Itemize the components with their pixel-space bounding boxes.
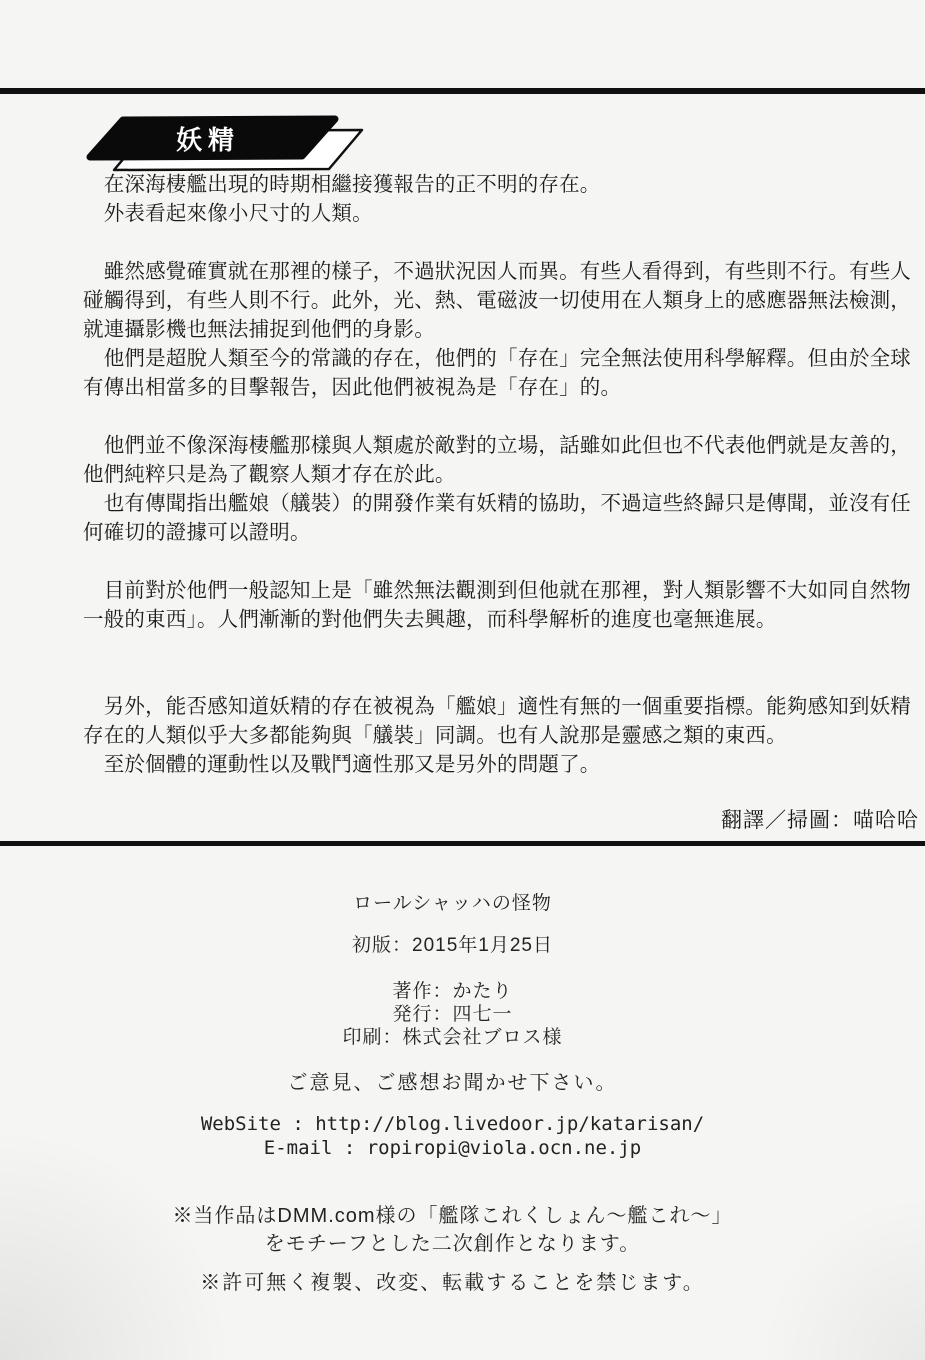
paragraph-perception: 雖然感覺確實就在那裡的樣子，不過狀況因人而異。有些人看得到，有些則不行。有些人 … [83,257,925,402]
printer-line: 印刷：株式会社ブロス様 [0,1022,905,1049]
edition-date-line: 初版：2015年1月25日 [0,930,905,957]
disclaimer-derivative-work: ※当作品はDMM.com様の「艦隊これくしょん～艦これ～」 をモチーフとした二次… [0,1202,905,1258]
website-url-text: WebSite : http://blog.livedoor.jp/katari… [0,1113,905,1135]
paragraph-intro: 在深海棲艦出現的時期相繼接獲報告的正不明的存在。 外表看起來像小尺寸的人類。 [83,170,925,228]
email-address-text: E-mail : ropiropi@viola.ocn.ne.jp [0,1137,905,1159]
paragraph-recognition: 目前對於他們一般認知上是「雖然無法觀測到但他就在那裡，對人類影響不大如同自然物 … [83,576,925,634]
booklet-title: ロールシャッハの怪物 [0,888,905,915]
paragraph-aptitude: 另外，能否感知道妖精的存在被視為「艦娘」適性有無的一個重要指標。能夠感知到妖精 … [83,692,925,779]
top-divider-line [0,88,925,94]
scanned-doujin-afterword-page: 妖精 在深海棲艦出現的時期相繼接獲報告的正不明的存在。 外表看起來像小尺寸的人類… [0,0,925,1360]
paragraph-stance: 他們並不像深海棲艦那樣與人類處於敵對的立場，話雖如此但也不代表他們就是友善的， … [83,431,925,547]
feedback-request-line: ご意見、ご感想お聞かせ下さい。 [0,1066,905,1095]
body-text-block: 在深海棲艦出現的時期相繼接獲報告的正不明的存在。 外表看起來像小尺寸的人類。 雖… [83,170,925,779]
disclaimer-no-reproduction: ※許可無く複製、改変、転載することを禁じます。 [0,1266,905,1295]
section-divider-line [0,841,925,846]
translator-credit: 翻譯／掃圖：喵哈哈 [721,804,919,834]
badge-label: 妖精 [176,125,240,155]
